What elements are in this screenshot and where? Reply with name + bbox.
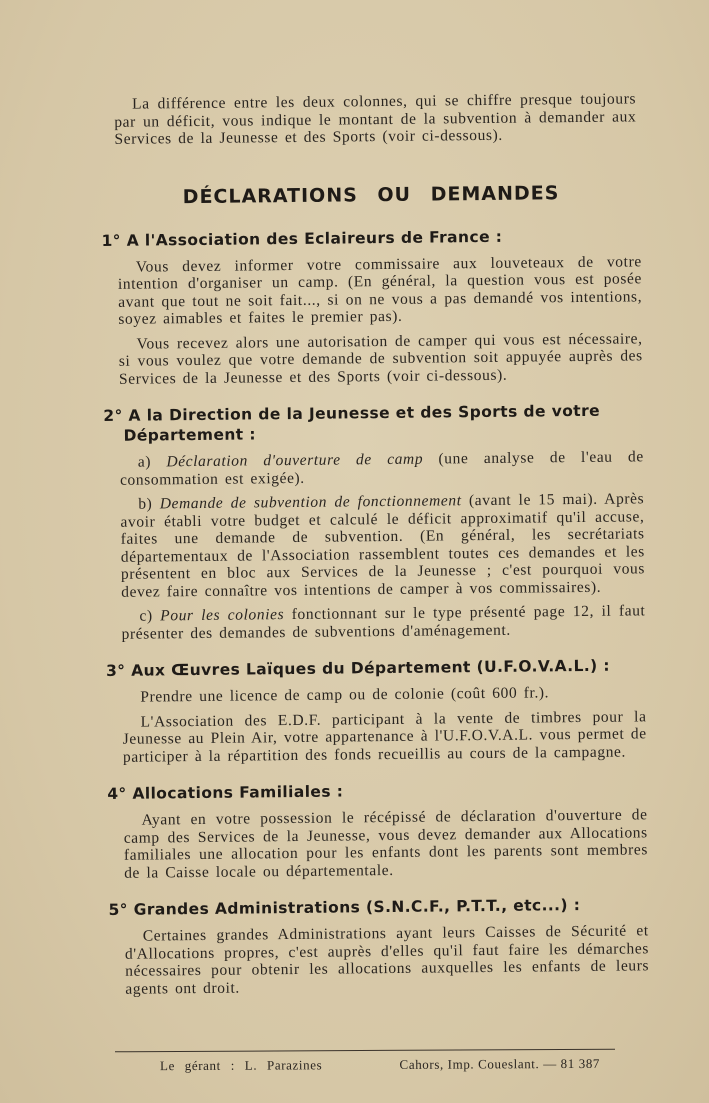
section-2-item-c: c) Pour les colonies fonctionnant sur le… [121, 602, 645, 642]
section-5-heading: 5° Grandes Administrations (S.N.C.F., P.… [108, 894, 648, 920]
section-1: 1° A l'Association des Eclaireurs de Fra… [101, 225, 643, 388]
item-b-label: b) [138, 495, 152, 512]
section-5-paragraph-1: Certaines grandes Administrations ayant … [125, 922, 650, 997]
footer-manager: Le gérant : L. Parazines [160, 1057, 322, 1074]
section-2: 2° A la Direction de la Jeunesse et des … [103, 400, 645, 643]
item-c-italic: Pour les colonies [160, 606, 284, 624]
item-a-italic: Déclaration d'ouverture de camp [166, 451, 423, 471]
section-4-heading: 4° Allocations Familiales : [107, 778, 647, 804]
item-a-label: a) [138, 453, 151, 470]
section-2-item-b: b) Demande de subvention de fonctionneme… [120, 490, 645, 600]
footer: Le gérant : L. Parazines Cahors, Imp. Co… [160, 1056, 600, 1074]
section-2-item-a: a) Déclaration d'ouverture de camp (une … [120, 448, 644, 488]
footer-printer: Cahors, Imp. Coueslant. — 81 387 [399, 1056, 600, 1073]
section-3-heading: 3° Aux Œuvres Laïques du Département (U.… [106, 655, 646, 681]
section-2-heading-line-2: Département : [103, 420, 643, 446]
intro-paragraph: La différence entre les deux colonnes, q… [114, 90, 637, 148]
section-2-heading-line-1: 2° A la Direction de la Jeunesse et des … [103, 402, 600, 425]
section-4: 4° Allocations Familiales : Ayant en vot… [107, 778, 648, 882]
section-3-paragraph-1: Prendre une licence de camp ou de coloni… [122, 683, 646, 706]
section-3: 3° Aux Œuvres Laïques du Département (U.… [106, 655, 647, 766]
page-title: DÉCLARATIONS OU DEMANDES [101, 181, 641, 209]
item-c-label: c) [139, 607, 152, 624]
footer-divider [115, 1049, 615, 1053]
section-3-paragraph-2: L'Association des E.D.F. participant à l… [122, 708, 647, 766]
section-1-paragraph-1: Vous devez informer votre commissaire au… [118, 253, 643, 328]
section-4-paragraph-1: Ayant en votre possession le récépissé d… [123, 806, 648, 881]
section-5: 5° Grandes Administrations (S.N.C.F., P.… [108, 894, 649, 998]
section-1-heading: 1° A l'Association des Eclaireurs de Fra… [101, 225, 641, 251]
section-2-heading: 2° A la Direction de la Jeunesse et des … [103, 400, 643, 446]
document-page: La différence entre les deux colonnes, q… [100, 90, 650, 1016]
section-1-paragraph-2: Vous recevez alors une autorisation de c… [119, 330, 644, 388]
